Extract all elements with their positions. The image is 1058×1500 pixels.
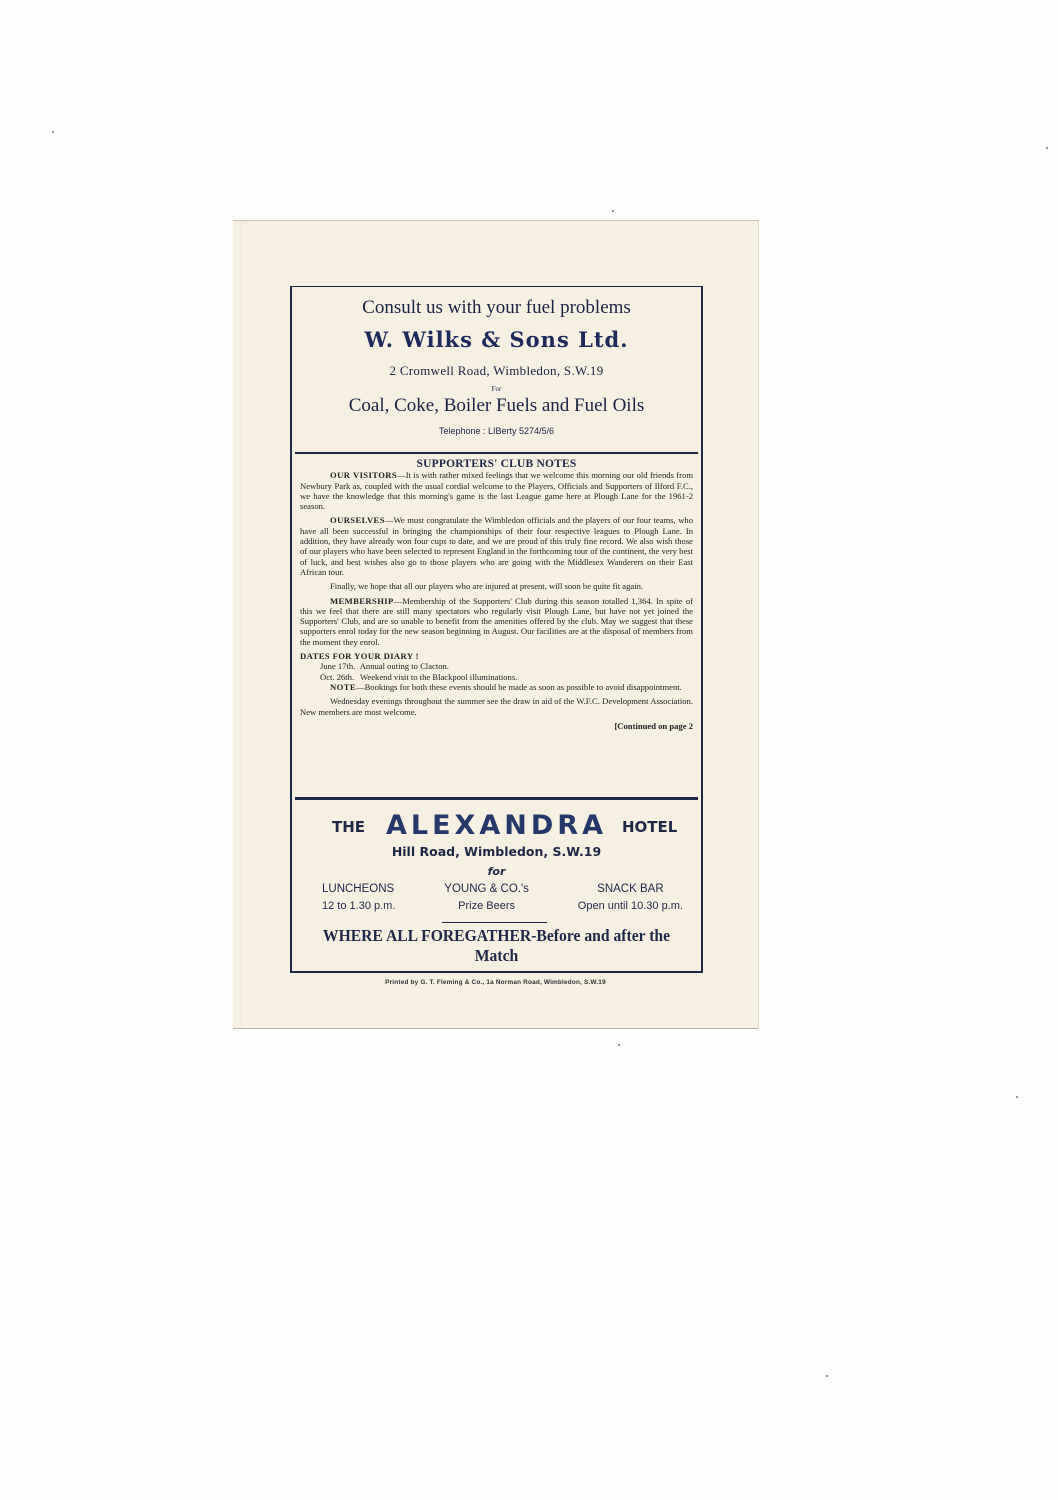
- notes-visitors: OUR VISITORS—It is with rather mixed fee…: [300, 470, 693, 511]
- notes-note: NOTE—Bookings for both these events shou…: [300, 682, 693, 692]
- programme-page: Consult us with your fuel problems W. Wi…: [233, 220, 758, 1028]
- offering-title: YOUNG & CO.'s: [444, 881, 529, 898]
- scan-speck: [618, 1044, 620, 1046]
- scan-speck: [1016, 1096, 1018, 1098]
- divider: [295, 797, 698, 800]
- fuel-ad-for: For: [292, 385, 701, 393]
- notes-ourselves: OURSELVES—We must congratulate the Wimbl…: [300, 515, 693, 577]
- fuel-ad-telephone: Telephone : LIBerty 5274/5/6: [292, 426, 701, 436]
- divider: [295, 452, 698, 454]
- fuel-ad-address: 2 Cromwell Road, Wimbledon, S.W.19: [292, 363, 701, 379]
- offering-title: LUNCHEONS: [322, 881, 395, 898]
- offering-beers: YOUNG & CO.'s Prize Beers: [444, 881, 529, 915]
- diary-event: Weekend visit to the Blackpool illuminat…: [360, 672, 517, 682]
- hotel-ad-for: for: [292, 865, 701, 878]
- scan-speck: [1046, 147, 1048, 149]
- diary-date: Oct. 26th.: [320, 672, 358, 682]
- offering-luncheons: LUNCHEONS 12 to 1.30 p.m.: [322, 881, 395, 915]
- hotel-ad-hotel: HOTEL: [622, 818, 677, 836]
- supporters-club-notes: SUPPORTERS' CLUB NOTES OUR VISITORS—It i…: [300, 459, 693, 731]
- hotel-advertisement: THE ALEXANDRA HOTEL Hill Road, Wimbledon…: [292, 802, 701, 967]
- note-text: —Bookings for both these events should b…: [356, 682, 682, 692]
- continued-note: [Continued on page 2: [300, 721, 693, 731]
- fuel-advertisement: Consult us with your fuel problems W. Wi…: [292, 287, 701, 459]
- scan-speck: [826, 1375, 828, 1377]
- diary-heading: DATES FOR YOUR DIARY !: [300, 651, 693, 661]
- fuel-ad-company: W. Wilks & Sons Ltd.: [292, 327, 701, 352]
- note-keyword: NOTE: [330, 682, 356, 692]
- diary-entry: June 17th. Annual outing to Clacton.: [300, 661, 693, 671]
- printer-imprint: Printed by G. T. Fleming & Co., 1a Norma…: [233, 979, 758, 986]
- scan-speck: [52, 131, 54, 133]
- fuel-ad-products: Coal, Coke, Boiler Fuels and Fuel Oils: [292, 395, 701, 417]
- fuel-ad-tagline: Consult us with your fuel problems: [292, 297, 701, 319]
- content-frame: Consult us with your fuel problems W. Wi…: [290, 286, 703, 973]
- divider: [442, 922, 547, 923]
- hotel-ad-address: Hill Road, Wimbledon, S.W.19: [292, 844, 701, 859]
- offering-detail: Open until 10.30 p.m.: [578, 898, 683, 915]
- scan-speck: [612, 210, 614, 212]
- ourselves-keyword: OURSELVES: [330, 515, 385, 525]
- notes-wednesday: Wednesday evenings throughout the summer…: [300, 696, 693, 717]
- notes-membership: MEMBERSHIP—Membership of the Supporters'…: [300, 596, 693, 647]
- offering-detail: 12 to 1.30 p.m.: [322, 898, 395, 915]
- hotel-ad-offerings: LUNCHEONS 12 to 1.30 p.m. YOUNG & CO.'s …: [322, 881, 683, 915]
- offering-snack-bar: SNACK BAR Open until 10.30 p.m.: [578, 881, 683, 915]
- notes-finally: Finally, we hope that all our players wh…: [300, 581, 693, 591]
- membership-keyword: MEMBERSHIP: [330, 596, 394, 606]
- offering-detail: Prize Beers: [444, 898, 529, 915]
- visitors-keyword: OUR VISITORS: [330, 470, 397, 480]
- notes-heading: SUPPORTERS' CLUB NOTES: [300, 459, 693, 469]
- diary-date: June 17th.: [320, 661, 358, 671]
- diary-entry: Oct. 26th. Weekend visit to the Blackpoo…: [300, 672, 693, 682]
- hotel-ad-slogan: WHERE ALL FOREGATHER-Before and after th…: [308, 926, 684, 966]
- offering-title: SNACK BAR: [578, 881, 683, 898]
- diary-event: Annual outing to Clacton.: [360, 661, 449, 671]
